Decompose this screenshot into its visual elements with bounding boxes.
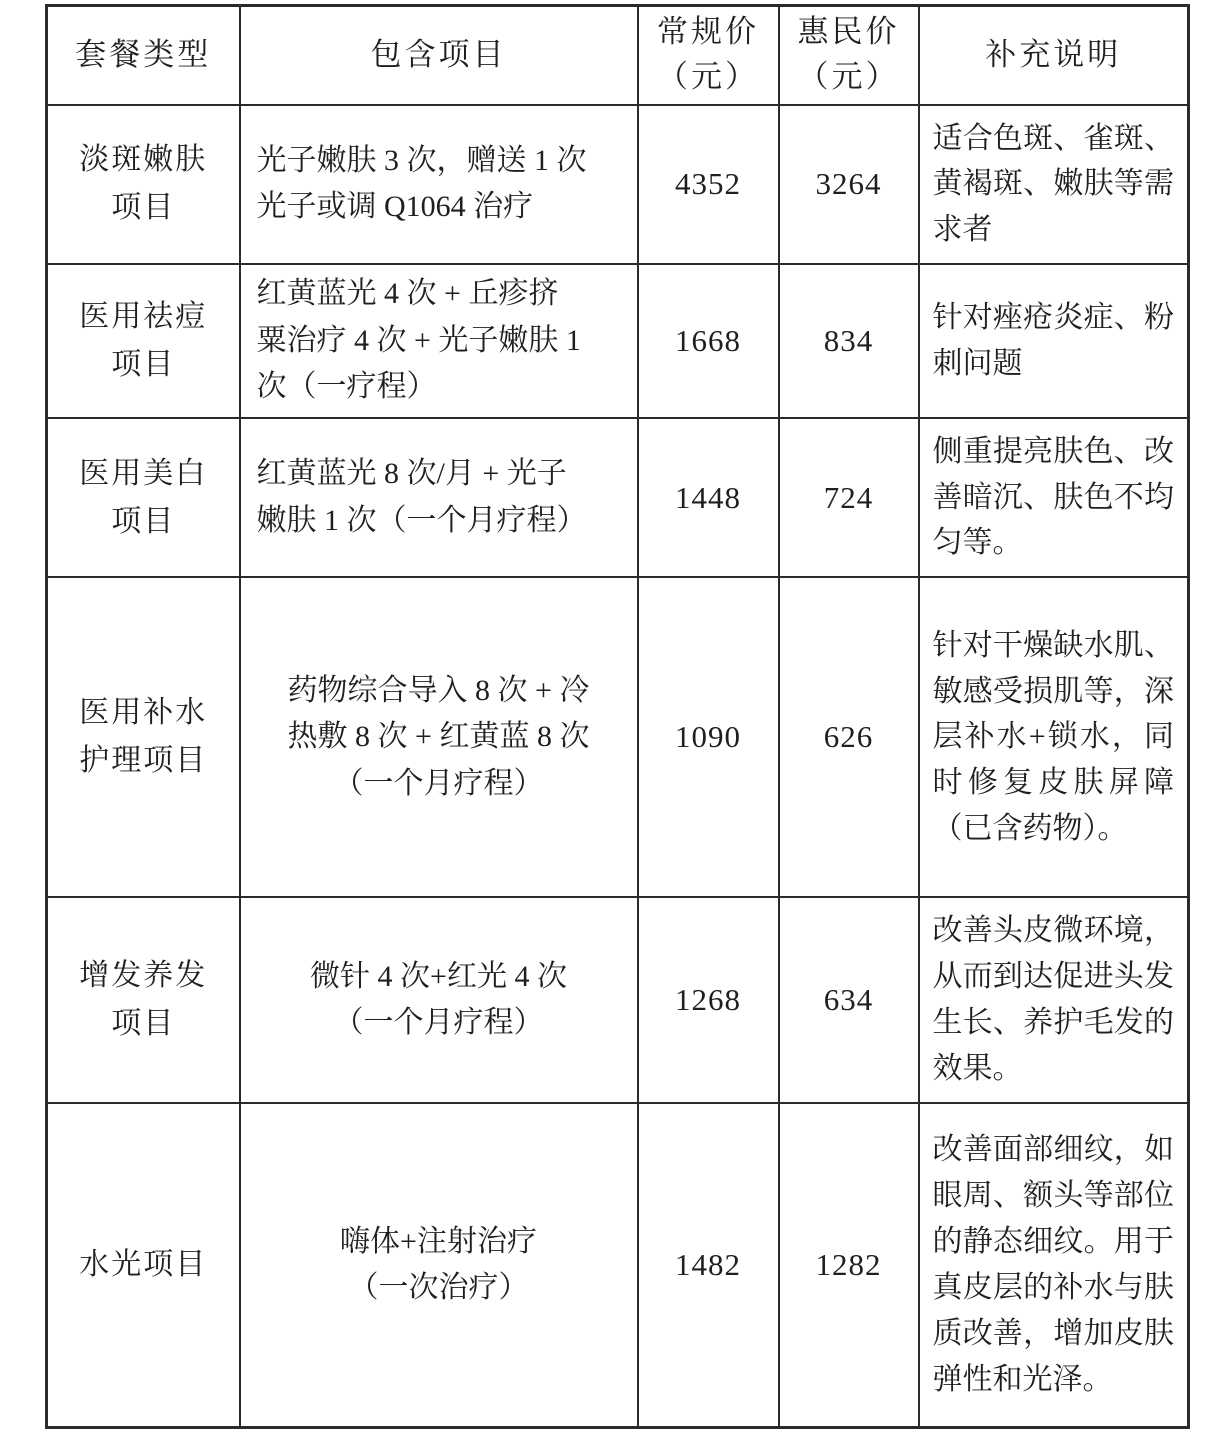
cell-note: 改善面部细纹，如眼周、额头等部位的静态细纹。用于真皮层的补水与肤质改善，增加皮肤… xyxy=(919,1103,1189,1428)
cell-regular-price: 1482 xyxy=(638,1103,779,1428)
cell-items: 药物综合导入 8 次 + 冷 热敷 8 次 + 红黄蓝 8 次 （一个月疗程） xyxy=(240,577,638,897)
table-row: 医用补水 护理项目 药物综合导入 8 次 + 冷 热敷 8 次 + 红黄蓝 8 … xyxy=(47,577,1189,897)
header-items: 包含项目 xyxy=(240,6,638,105)
cell-regular-price: 1268 xyxy=(638,897,779,1103)
header-row: 套餐类型 包含项目 常规价 （元） 惠民价 （元） 补充说明 xyxy=(47,6,1189,105)
cell-items: 嗨体+注射治疗 （一次治疗） xyxy=(240,1103,638,1428)
cell-items: 红黄蓝光 8 次/月 + 光子 嫩肤 1 次（一个月疗程） xyxy=(240,418,638,578)
cell-discount-price: 634 xyxy=(779,897,919,1103)
cell-note: 改善头皮微环境，从而到达促进头发生长、养护毛发的效果。 xyxy=(919,897,1189,1103)
table-row: 增发养发 项目 微针 4 次+红光 4 次 （一个月疗程） 1268 634 改… xyxy=(47,897,1189,1103)
header-regular-price: 常规价 （元） xyxy=(638,6,779,105)
cell-note: 针对干燥缺水肌、敏感受损肌等，深层补水+锁水，同时修复皮肤屏障（已含药物）。 xyxy=(919,577,1189,897)
pricing-table: 套餐类型 包含项目 常规价 （元） 惠民价 （元） 补充说明 淡斑嫩肤 项目 光… xyxy=(45,4,1190,1429)
cell-package-type: 水光项目 xyxy=(47,1103,240,1428)
cell-discount-price: 1282 xyxy=(779,1103,919,1428)
cell-regular-price: 1090 xyxy=(638,577,779,897)
header-notes: 补充说明 xyxy=(919,6,1189,105)
cell-discount-price: 626 xyxy=(779,577,919,897)
page: 套餐类型 包含项目 常规价 （元） 惠民价 （元） 补充说明 淡斑嫩肤 项目 光… xyxy=(0,0,1215,1429)
cell-items: 光子嫩肤 3 次，赠送 1 次 光子或调 Q1064 治疗 xyxy=(240,105,638,265)
cell-regular-price: 1668 xyxy=(638,264,779,418)
table-row: 医用祛痘 项目 红黄蓝光 4 次 + 丘疹挤 粟治疗 4 次 + 光子嫩肤 1 … xyxy=(47,264,1189,418)
cell-package-type: 医用美白 项目 xyxy=(47,418,240,578)
table-row: 水光项目 嗨体+注射治疗 （一次治疗） 1482 1282 改善面部细纹，如眼周… xyxy=(47,1103,1189,1428)
cell-items: 红黄蓝光 4 次 + 丘疹挤 粟治疗 4 次 + 光子嫩肤 1 次（一疗程） xyxy=(240,264,638,418)
cell-note: 针对痤疮炎症、粉刺问题 xyxy=(919,264,1189,418)
cell-items: 微针 4 次+红光 4 次 （一个月疗程） xyxy=(240,897,638,1103)
header-package-type: 套餐类型 xyxy=(47,6,240,105)
table-row: 淡斑嫩肤 项目 光子嫩肤 3 次，赠送 1 次 光子或调 Q1064 治疗 43… xyxy=(47,105,1189,265)
cell-package-type: 医用补水 护理项目 xyxy=(47,577,240,897)
cell-note: 侧重提亮肤色、改善暗沉、肤色不均匀等。 xyxy=(919,418,1189,578)
cell-package-type: 增发养发 项目 xyxy=(47,897,240,1103)
cell-discount-price: 724 xyxy=(779,418,919,578)
cell-package-type: 医用祛痘 项目 xyxy=(47,264,240,418)
cell-discount-price: 3264 xyxy=(779,105,919,265)
cell-discount-price: 834 xyxy=(779,264,919,418)
cell-note: 适合色斑、雀斑、黄褐斑、嫩肤等需求者 xyxy=(919,105,1189,265)
cell-package-type: 淡斑嫩肤 项目 xyxy=(47,105,240,265)
header-discount-price: 惠民价 （元） xyxy=(779,6,919,105)
cell-regular-price: 4352 xyxy=(638,105,779,265)
table-row: 医用美白 项目 红黄蓝光 8 次/月 + 光子 嫩肤 1 次（一个月疗程） 14… xyxy=(47,418,1189,578)
cell-regular-price: 1448 xyxy=(638,418,779,578)
